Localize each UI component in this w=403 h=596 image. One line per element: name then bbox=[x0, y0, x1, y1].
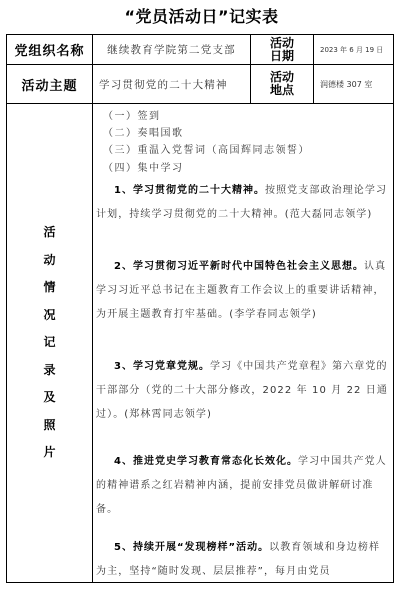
agenda-item: （二）奏唱国歌 bbox=[103, 124, 184, 139]
side-label-char: 情 bbox=[7, 274, 92, 302]
side-label-char: 照 bbox=[7, 412, 92, 440]
place-value: 润德楼 307 室 bbox=[314, 65, 394, 104]
side-label-char: 录 bbox=[7, 357, 92, 385]
study-item-2: 2、学习贯彻习近平新时代中国特色社会主义思想。认真学习习近平总书记在主题教育工作… bbox=[96, 255, 388, 327]
agenda-item: （四）集中学习 bbox=[103, 159, 184, 174]
org-label: 党组织名称 bbox=[7, 35, 93, 65]
record-content-cell: （一）签到 （二）奏唱国歌 （三）重温入党誓词（高国辉同志领誓） （四）集中学习… bbox=[93, 104, 394, 583]
place-label: 活动 地点 bbox=[251, 65, 314, 104]
date-label-line1: 活动 bbox=[251, 37, 313, 50]
side-label-char: 况 bbox=[7, 302, 92, 330]
record-side-label: 活 动 情 况 记 录 及 照 片 bbox=[7, 104, 93, 583]
agenda-item: （三）重温入党誓词（高国辉同志领誓） bbox=[103, 141, 310, 156]
study-item-3: 3、学习党章党规。学习《中国共产党章程》第六章党的干部部分（党的二十大部分修改，… bbox=[96, 355, 388, 427]
side-label-char: 片 bbox=[7, 439, 92, 467]
record-table: 党组织名称 继续教育学院第二党支部 活动 日期 2023 年 6 月 19 日 … bbox=[6, 34, 394, 583]
theme-label: 活动主题 bbox=[7, 65, 93, 104]
study-item-1: 1、学习贯彻党的二十大精神。按照党支部政治理论学习计划，持续学习贯彻党的二十大精… bbox=[96, 179, 388, 227]
study-item-heading: 2、学习贯彻习近平新时代中国特色社会主义思想。 bbox=[114, 261, 364, 272]
agenda-item: （一）签到 bbox=[103, 107, 161, 122]
side-label-char: 活 bbox=[7, 219, 92, 247]
side-label-char: 动 bbox=[7, 247, 92, 275]
place-label-line2: 地点 bbox=[251, 84, 313, 97]
org-row: 党组织名称 继续教育学院第二党支部 活动 日期 2023 年 6 月 19 日 bbox=[7, 35, 394, 65]
study-item-heading: 4、推进党史学习教育常态化长效化。 bbox=[114, 456, 298, 467]
org-value: 继续教育学院第二党支部 bbox=[93, 35, 251, 65]
document-title: “党员活动日”记实表 bbox=[0, 4, 403, 27]
theme-row: 活动主题 学习贯彻党的二十大精神 活动 地点 润德楼 307 室 bbox=[7, 65, 394, 104]
record-row: 活 动 情 况 记 录 及 照 片 （一）签到 （二）奏唱国歌 （三）重温入党誓… bbox=[7, 104, 394, 583]
study-item-4: 4、推进党史学习教育常态化长效化。学习中国共产党人的精神谱系之红岩精神内涵，提前… bbox=[96, 450, 388, 522]
side-label-char: 记 bbox=[7, 329, 92, 357]
study-item-5: 5、持续开展“发现榜样”活动。以教育领域和身边榜样为主，坚持“随时发现、层层推荐… bbox=[96, 536, 388, 582]
date-label-line2: 日期 bbox=[251, 50, 313, 63]
record-content: （一）签到 （二）奏唱国歌 （三）重温入党誓词（高国辉同志领誓） （四）集中学习… bbox=[93, 104, 393, 582]
study-item-heading: 1、学习贯彻党的二十大精神。 bbox=[114, 185, 265, 196]
date-label: 活动 日期 bbox=[251, 35, 314, 65]
theme-value: 学习贯彻党的二十大精神 bbox=[93, 65, 251, 104]
document-page: “党员活动日”记实表 党组织名称 继续教育学院第二党支部 活动 日期 2023 … bbox=[0, 0, 403, 596]
study-item-heading: 3、学习党章党规。 bbox=[114, 361, 210, 372]
study-item-heading: 5、持续开展“发现榜样”活动。 bbox=[114, 542, 269, 553]
side-label-char: 及 bbox=[7, 384, 92, 412]
date-value: 2023 年 6 月 19 日 bbox=[314, 35, 394, 65]
